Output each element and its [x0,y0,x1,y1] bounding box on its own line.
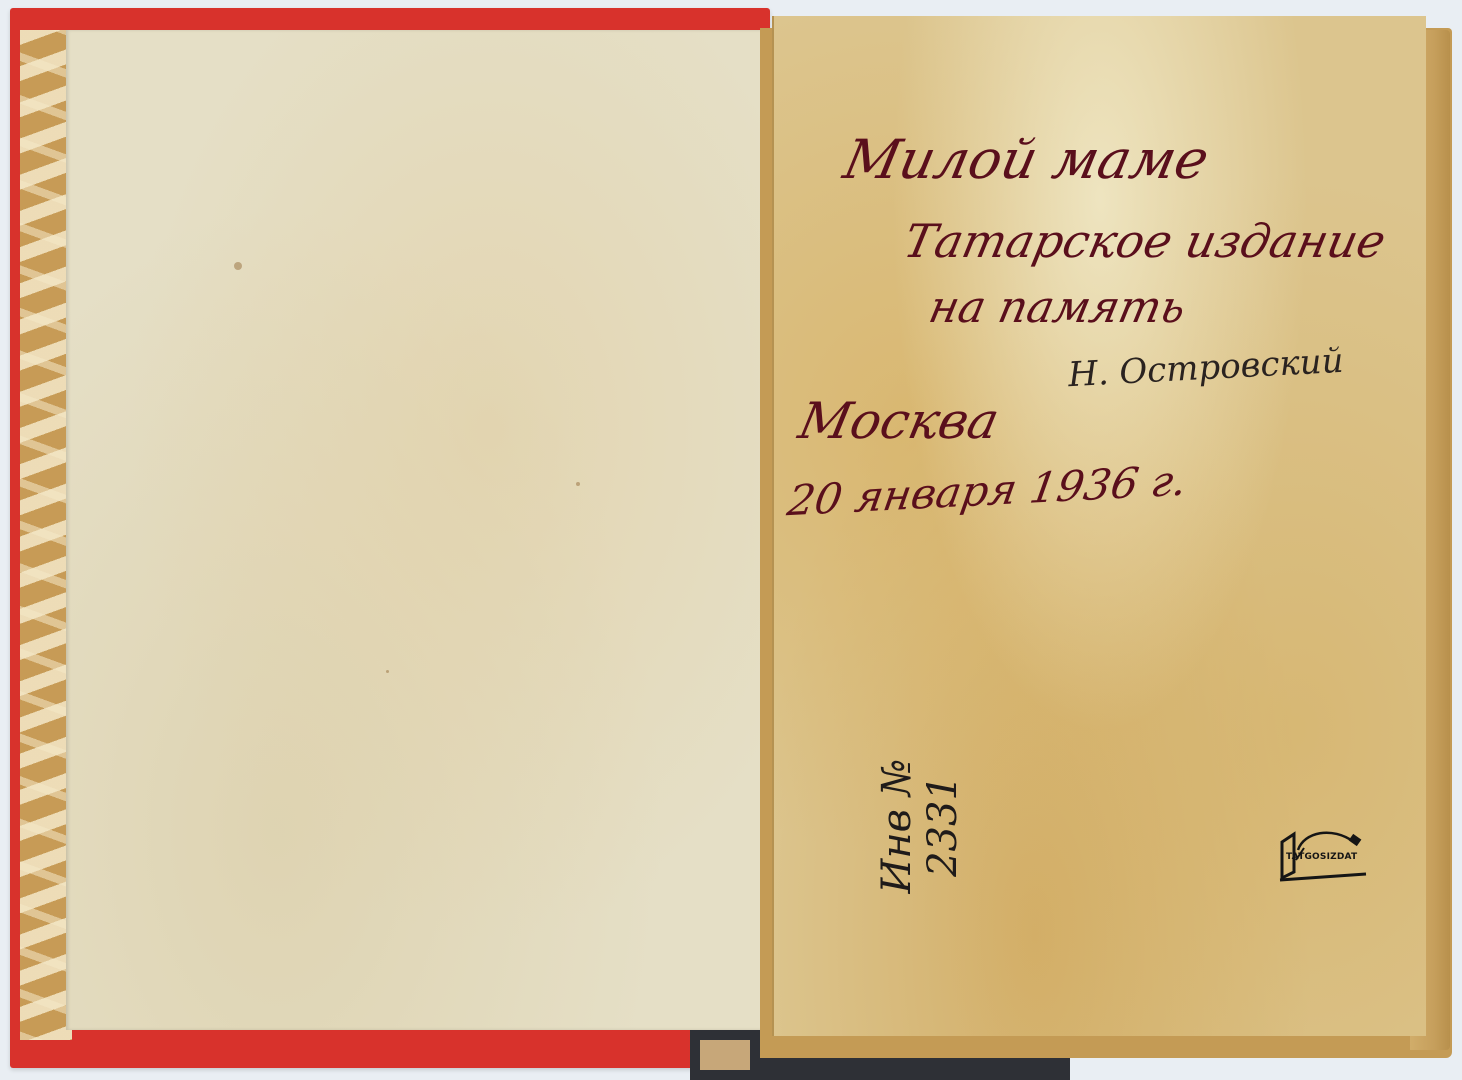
foxing-spot [576,482,580,486]
foxing-spot [234,262,242,270]
book-photo: Милой маме Татарское издание на память Н… [0,0,1462,1080]
foxing-spot [386,670,389,673]
inscription-place: Москва [794,392,1004,450]
inscription-line-3: на память [925,282,1191,333]
stamp-label: TATGOSIZDAT [1286,852,1357,862]
inventory-number: Инв № 2331 [874,706,966,946]
torn-paper-fragment [700,1040,750,1070]
inscription-line-2: Татарское издание [899,214,1390,268]
left-blank-page [66,30,772,1030]
publisher-stamp: TATGOSIZDAT [1274,826,1370,886]
inscription-line-1: Милой маме [838,128,1214,191]
marbled-endpaper-strip [20,30,72,1040]
